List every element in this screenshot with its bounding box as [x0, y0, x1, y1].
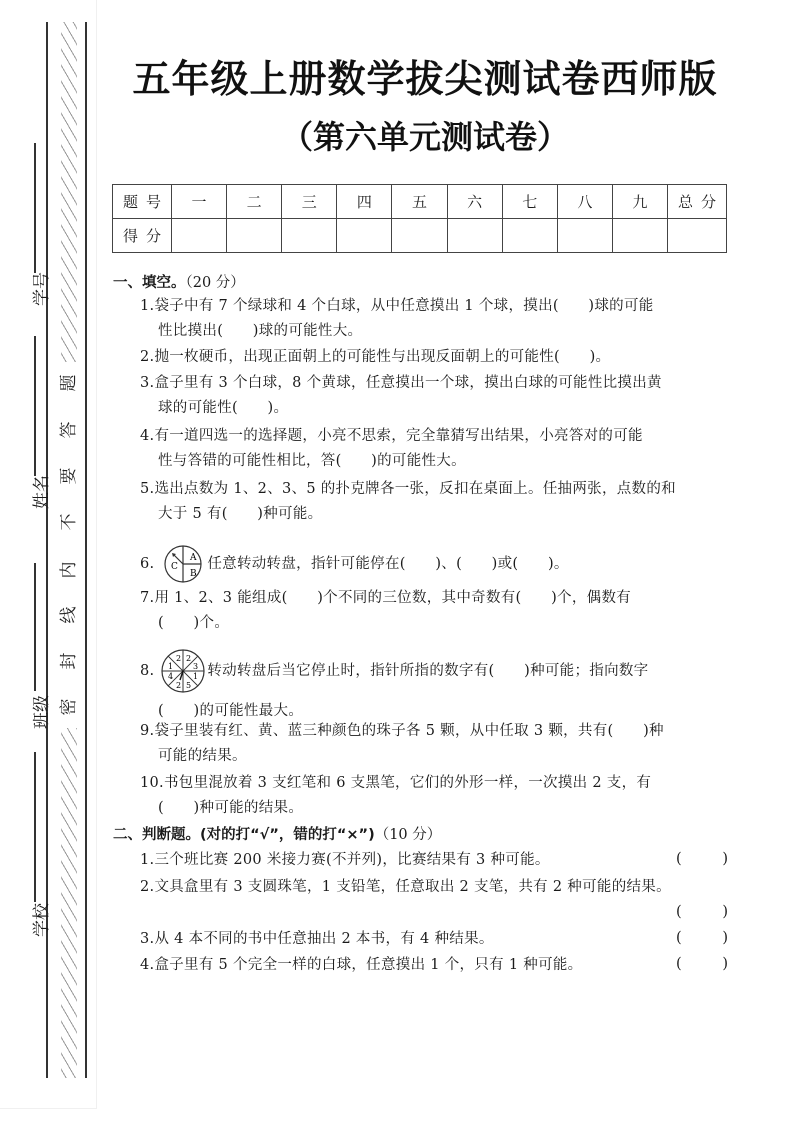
score-cell[interactable] [557, 219, 612, 253]
svg-text:2: 2 [176, 654, 181, 663]
row-label: 题号 [113, 185, 172, 219]
spinner-numbers-icon: 2 2 3 1 5 2 4 1 [159, 648, 207, 694]
question-8: 8. 2 2 3 1 5 2 4 1 转动转盘后当它停止时，指针所指的数字有( … [140, 648, 730, 728]
score-cell[interactable] [392, 219, 447, 253]
score-cell[interactable] [502, 219, 557, 253]
seal-char: 题 [58, 372, 80, 394]
name-label: 姓名 [30, 472, 54, 512]
section-title: 一、填空。 [113, 275, 186, 291]
score-cell[interactable] [447, 219, 502, 253]
question-9: 9.袋子里装有红、黄、蓝三种颜色的珠子各 5 颗，从中任取 3 颗，共有( )种… [140, 719, 730, 769]
student-id-label: 学号 [30, 269, 54, 309]
column-header: 二 [227, 185, 282, 219]
spinner-abc-icon: A B C [159, 544, 207, 584]
score-cell[interactable] [227, 219, 282, 253]
score-cell[interactable] [172, 219, 227, 253]
judge-question-2: 2.文具盒里有 3 支圆珠笔，1 支铅笔，任意取出 2 支笔，共有 2 种可能的… [140, 875, 730, 900]
class-label: 班级 [30, 692, 54, 732]
svg-text:4: 4 [168, 672, 173, 681]
question-7: 7.用 1、2、3 能组成( )个不同的三位数，其中奇数有( )个，偶数有 ( … [140, 586, 730, 636]
answer-bracket[interactable]: () [676, 930, 728, 946]
table-row-score: 得分 [113, 219, 727, 253]
section-points: （20 分） [186, 275, 245, 291]
question-3: 3.盒子里有 3 个白球，8 个黄球，任意摸出一个球，摸出白球的可能性比摸出黄 … [140, 371, 730, 421]
column-header: 一 [172, 185, 227, 219]
table-row-question-number: 题号 一 二 三 四 五 六 七 八 九 总分 [113, 185, 727, 219]
binding-line-right [85, 22, 87, 1078]
column-header: 八 [557, 185, 612, 219]
student-id-line[interactable] [34, 143, 36, 273]
svg-text:3: 3 [193, 662, 198, 671]
judge-question-3: 3.从 4 本不同的书中任意抽出 2 本书，有 4 种结果。 [140, 927, 730, 952]
section-points: （10 分） [375, 827, 442, 843]
seal-char: 内 [58, 559, 80, 581]
section-title: 二、判断题。(对的打“√”，错的打“×”) [113, 827, 375, 843]
score-cell[interactable] [282, 219, 337, 253]
seal-char: 要 [58, 465, 80, 487]
school-line[interactable] [34, 752, 36, 902]
row-label: 得分 [113, 219, 172, 253]
seal-char: 不 [58, 511, 80, 533]
question-6: 6. A B C 任意转动转盘，指针可能停在( )、( )或( )。 [140, 544, 730, 584]
seal-char: 线 [58, 604, 80, 626]
column-header: 五 [392, 185, 447, 219]
column-header: 三 [282, 185, 337, 219]
column-header: 九 [612, 185, 667, 219]
svg-text:1: 1 [168, 662, 173, 671]
seal-char: 答 [58, 419, 80, 441]
class-line[interactable] [34, 563, 36, 691]
score-cell[interactable] [612, 219, 667, 253]
seal-char: 封 [58, 650, 80, 672]
name-line[interactable] [34, 336, 36, 476]
score-cell[interactable] [337, 219, 392, 253]
page-subtitle: （第六单元测试卷） [110, 112, 740, 158]
question-5: 5.选出点数为 1、2、3、5 的扑克牌各一张，反扣在桌面上。任抽两张，点数的和… [140, 477, 730, 527]
question-1: 1.袋子中有 7 个绿球和 4 个白球，从中任意摸出 1 个球，摸出( )球的可… [140, 294, 730, 344]
score-table: 题号 一 二 三 四 五 六 七 八 九 总分 得分 [112, 184, 727, 253]
question-4: 4.有一道四选一的选择题，小亮不思索，完全靠猜写出结果，小亮答对的可能 性与答错… [140, 424, 730, 474]
svg-text:1: 1 [193, 672, 198, 681]
column-header: 七 [502, 185, 557, 219]
svg-text:A: A [189, 553, 197, 563]
page-title: 五年级上册数学拔尖测试卷西师版 [110, 48, 740, 103]
judge-question-4: 4.盒子里有 5 个完全一样的白球，任意摸出 1 个，只有 1 种可能。 [140, 953, 730, 978]
answer-bracket[interactable]: () [676, 851, 728, 867]
seal-char: 密 [58, 696, 80, 718]
column-header: 四 [337, 185, 392, 219]
answer-bracket[interactable]: () [676, 956, 728, 972]
score-cell-total[interactable] [668, 219, 727, 253]
answer-bracket[interactable]: () [676, 904, 728, 920]
question-10: 10.书包里混放着 3 支红笔和 6 支黑笔，它们的外形一样，一次摸出 2 支，… [140, 771, 730, 821]
svg-text:B: B [190, 569, 197, 579]
hatch-bottom [61, 728, 77, 1078]
svg-text:5: 5 [186, 681, 191, 690]
hatch-top [61, 22, 77, 362]
section-heading-true-false: 二、判断题。(对的打“√”，错的打“×”)（10 分） [113, 823, 441, 844]
page-edge [0, 0, 97, 1109]
judge-question-1: 1.三个班比赛 200 米接力赛(不并列)，比赛结果有 3 种可能。 [140, 848, 730, 873]
school-label: 学校 [30, 900, 54, 940]
column-header-total: 总分 [668, 185, 727, 219]
section-heading-fill-in: 一、填空。（20 分） [113, 271, 245, 292]
question-2: 2.抛一枚硬币，出现正面朝上的可能性与出现反面朝上的可能性( )。 [140, 345, 730, 370]
svg-text:C: C [171, 562, 178, 572]
column-header: 六 [447, 185, 502, 219]
svg-text:2: 2 [186, 654, 191, 663]
svg-text:2: 2 [176, 681, 181, 690]
